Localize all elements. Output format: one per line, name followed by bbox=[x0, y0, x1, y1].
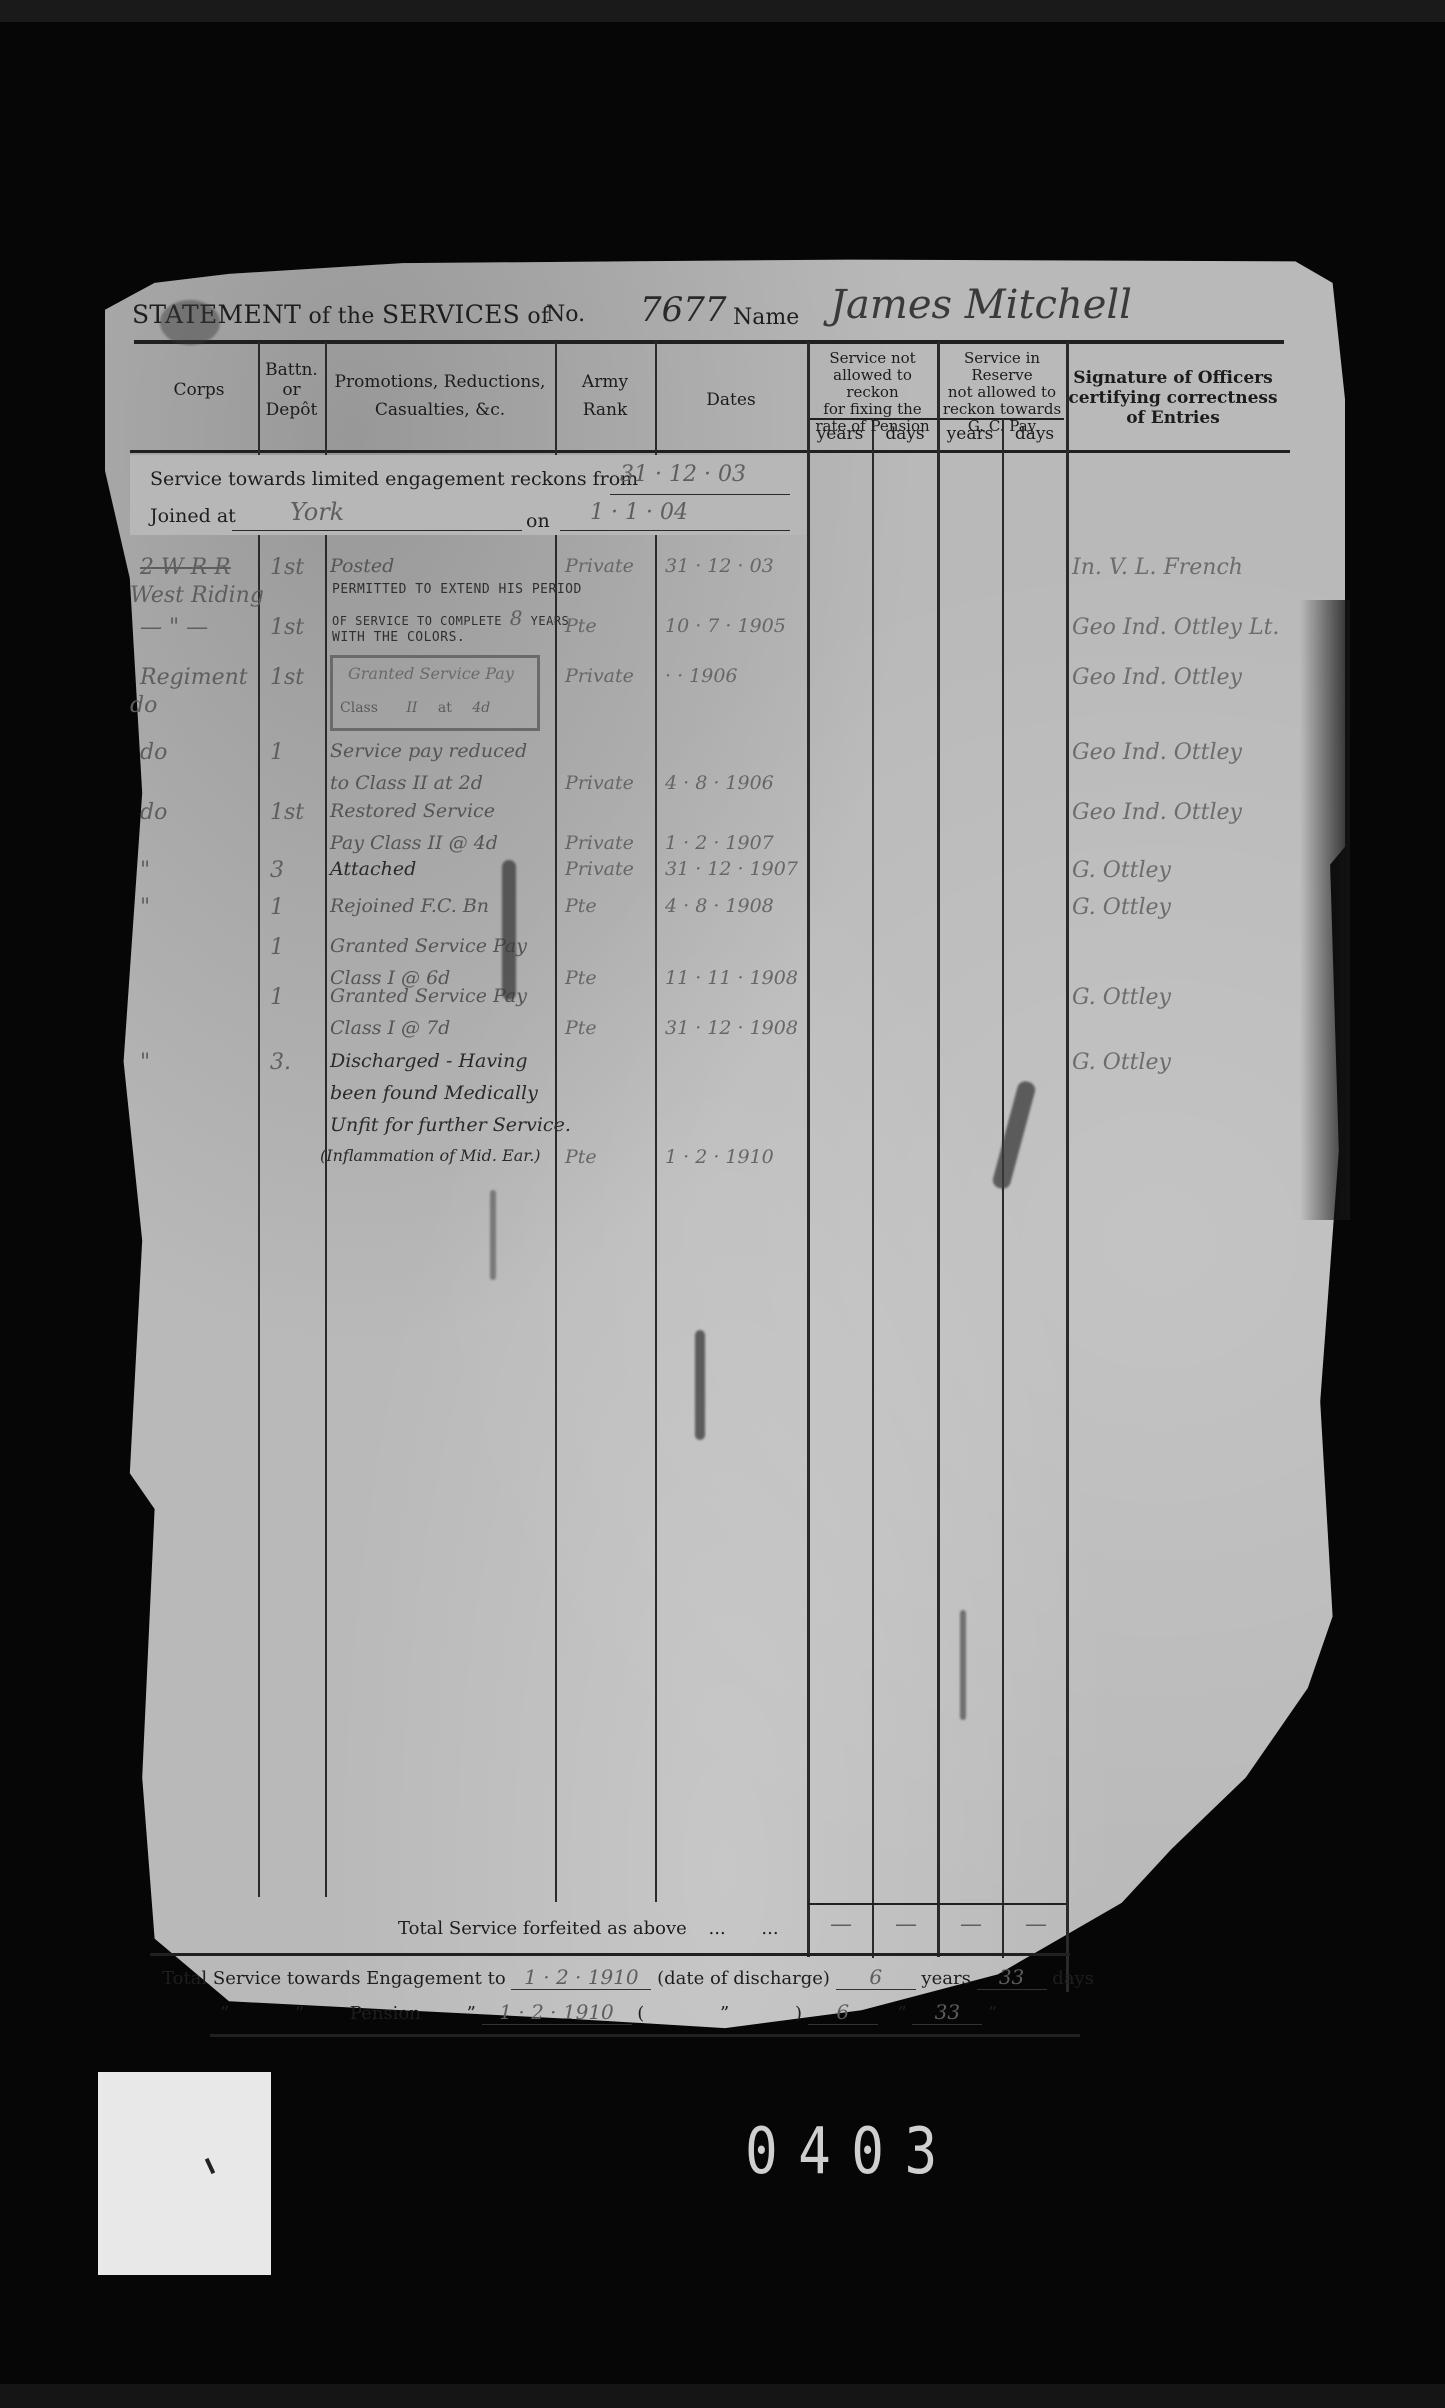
header-signature-l1: Signature of Officers bbox=[1068, 368, 1278, 388]
engagement-row: Total Service towards Engagement to 1 · … bbox=[162, 1965, 1094, 1990]
granted-stamp-title: Granted Service Pay bbox=[348, 664, 514, 683]
col-line-years1 bbox=[872, 418, 874, 1958]
entry-promotion: Service pay reduced bbox=[330, 740, 527, 762]
forfeited-years-1: — bbox=[830, 1912, 852, 1937]
scan-border-top bbox=[0, 0, 1445, 22]
entry-date: 31 · 12 · 1908 bbox=[665, 1017, 798, 1039]
forfeited-years-2: — bbox=[960, 1912, 982, 1937]
engagement-years: 6 bbox=[836, 1965, 916, 1990]
entry-promotion-cont: to Class II at 2d bbox=[330, 772, 483, 794]
entry-signature: In. V. L. French bbox=[1072, 555, 1243, 580]
totals-top-rule bbox=[150, 1953, 1070, 1956]
entry-corps: do bbox=[140, 740, 167, 765]
joined-place: York bbox=[290, 498, 344, 526]
header-battn: Battn. or Depôt bbox=[258, 360, 325, 420]
years-label: years bbox=[921, 1968, 970, 1989]
entry-date: 10 · 7 · 1905 bbox=[665, 615, 786, 637]
header-days-2: days bbox=[1003, 424, 1066, 444]
ink-stain bbox=[160, 300, 220, 345]
granted-class-value: II bbox=[406, 700, 417, 716]
entry-battn: 1 bbox=[270, 740, 284, 765]
engagement-label: Total Service towards Engagement to bbox=[162, 1968, 506, 1989]
header-army-rank: Army Rank bbox=[555, 372, 655, 420]
entry-corps: 2 W R R bbox=[140, 555, 231, 580]
header-battn-l3: Depôt bbox=[258, 400, 325, 420]
entry-promotion-cont: been found Medically bbox=[330, 1082, 538, 1104]
calibration-card bbox=[98, 2072, 271, 2275]
joined-place-underline bbox=[232, 530, 522, 531]
entry-battn: 1 bbox=[270, 985, 284, 1010]
joined-date: 1 · 1 · 04 bbox=[590, 500, 688, 525]
entry-rank: Private bbox=[565, 832, 634, 854]
header-top-rule bbox=[134, 340, 1284, 344]
entry-promotion-cont: Pay Class II @ 4d bbox=[330, 832, 498, 854]
granted-at-value: 4d bbox=[472, 700, 490, 716]
pension-open-paren: ( bbox=[637, 2003, 644, 2024]
header-years-1: years bbox=[808, 424, 872, 444]
soldier-name: James Mitchell bbox=[830, 282, 1132, 328]
header-signature: Signature of Officers certifying correct… bbox=[1068, 368, 1278, 428]
days-label: days bbox=[1052, 1968, 1094, 1989]
entry-date: 31 · 12 · 03 bbox=[665, 555, 774, 577]
discharge-label: (date of discharge) bbox=[657, 1968, 830, 1989]
header-promotions: Promotions, Reductions, Casualties, &c. bbox=[325, 372, 555, 420]
entry-battn: 1st bbox=[270, 800, 304, 825]
forfeited-days-2: — bbox=[1025, 1912, 1047, 1937]
col-line-battn bbox=[325, 342, 327, 1897]
reckons-underline bbox=[610, 494, 790, 495]
header-bottom-rule bbox=[130, 450, 1290, 453]
header-corps: Corps bbox=[140, 380, 258, 400]
header-reserve-not-allowed: Service in Reserve not allowed to reckon… bbox=[938, 350, 1066, 435]
ditto-mark: ” bbox=[467, 2003, 476, 2024]
header-army-rank-l2: Rank bbox=[555, 400, 655, 420]
entry-date: · · 1906 bbox=[665, 665, 738, 687]
entry-corps-cont: West Riding bbox=[130, 583, 264, 608]
entry-promotion: Granted Service Pay bbox=[330, 935, 527, 957]
granted-class-label: Class bbox=[340, 700, 378, 716]
entry-corps: Regiment bbox=[140, 665, 248, 690]
on-label: on bbox=[526, 510, 550, 532]
col-line-dates bbox=[807, 342, 810, 1957]
ditto-mark: ” bbox=[295, 2003, 304, 2024]
entry-battn: 3. bbox=[270, 1050, 291, 1075]
forfeited-days-1: — bbox=[895, 1912, 917, 1937]
entry-promotion: Attached bbox=[330, 858, 416, 880]
col-line-reserve bbox=[1066, 342, 1069, 1992]
entry-promotion: Restored Service bbox=[330, 800, 495, 822]
extend-stamp-line3: WITH THE COLORS. bbox=[332, 630, 465, 645]
scan-border-bottom bbox=[0, 2384, 1445, 2408]
entry-promotion-cont: Class I @ 7d bbox=[330, 1017, 450, 1039]
pension-years: 6 bbox=[808, 2000, 878, 2025]
header-signature-l3: of Entries bbox=[1068, 408, 1278, 428]
entry-rank: Pte bbox=[565, 1017, 597, 1039]
entry-date: 11 · 11 · 1908 bbox=[665, 967, 798, 989]
header-rna-l3: reckon towards bbox=[938, 401, 1066, 418]
entry-battn: 1st bbox=[270, 665, 304, 690]
entry-corps: — " — bbox=[140, 615, 208, 640]
engagement-date: 1 · 2 · 1910 bbox=[511, 1965, 651, 1990]
header-sna-l1: Service not bbox=[808, 350, 937, 367]
entry-rank: Private bbox=[565, 772, 634, 794]
entry-rank: Pte bbox=[565, 895, 597, 917]
joined-date-underline bbox=[560, 530, 790, 531]
ditto-mark: ” bbox=[897, 2003, 906, 2024]
pension-close-paren: ) bbox=[795, 2003, 802, 2024]
col-line-corps bbox=[258, 342, 260, 1897]
granted-stamp-class: Class II at 4d bbox=[340, 700, 490, 716]
entry-promotion: Posted bbox=[330, 555, 394, 577]
title-services: SERVICES bbox=[382, 300, 520, 329]
ink-stain bbox=[960, 1610, 966, 1720]
header-promotions-l1: Promotions, Reductions, bbox=[325, 372, 555, 392]
col-line-pension bbox=[937, 342, 940, 1957]
entry-signature: G. Ottley bbox=[1072, 1050, 1171, 1075]
extend-years-label: YEARS bbox=[531, 614, 570, 628]
entry-date: 1 · 2 · 1907 bbox=[665, 832, 774, 854]
service-number: 7677 bbox=[640, 290, 727, 330]
forfeited-label-text: Total Service forfeited as above bbox=[398, 1918, 687, 1939]
frame-counter: 0403 bbox=[745, 2115, 958, 2189]
ink-stain bbox=[695, 1330, 705, 1440]
ink-stain bbox=[502, 860, 516, 1000]
totals-bottom-rule bbox=[210, 2034, 1080, 2037]
header-days-1: days bbox=[873, 424, 937, 444]
entry-corps: " bbox=[140, 895, 150, 920]
header-promotions-l2: Casualties, &c. bbox=[325, 400, 555, 420]
pension-date: 1 · 2 · 1910 bbox=[482, 2000, 632, 2025]
header-sna-l3: for fixing the bbox=[808, 401, 937, 418]
entry-signature: G. Ottley bbox=[1072, 895, 1171, 920]
entry-promotion: Rejoined F.C. Bn bbox=[330, 895, 489, 917]
header-battn-l1: Battn. bbox=[258, 360, 325, 380]
extend-stamp-line1: PERMITTED TO EXTEND HIS PERIOD bbox=[332, 582, 582, 597]
entry-promotion-cont: (Inflammation of Mid. Ear.) bbox=[320, 1146, 541, 1165]
entry-signature: Geo Ind. Ottley bbox=[1072, 740, 1242, 765]
title-of: of bbox=[520, 304, 549, 329]
entry-corps: " bbox=[140, 858, 150, 883]
granted-at-label: at bbox=[438, 700, 452, 716]
entry-date: 4 · 8 · 1908 bbox=[665, 895, 774, 917]
entry-corps-cont: do bbox=[130, 693, 157, 718]
entry-battn: 1st bbox=[270, 555, 304, 580]
entry-corps: " bbox=[140, 1050, 150, 1075]
ditto-mark: ” bbox=[720, 2003, 729, 2024]
extend-years: 8 bbox=[510, 606, 523, 630]
entry-battn: 1 bbox=[270, 935, 284, 960]
joined-label: Joined at bbox=[150, 505, 236, 527]
entry-date: 1 · 2 · 1910 bbox=[665, 1146, 774, 1168]
header-dates: Dates bbox=[655, 390, 807, 410]
entry-rank: Pte bbox=[565, 1146, 597, 1168]
entry-corps: do bbox=[140, 800, 167, 825]
header-sna-l2: allowed to reckon bbox=[808, 367, 937, 401]
entry-rank: Pte bbox=[565, 615, 597, 637]
pension-label: Pension bbox=[350, 2003, 421, 2024]
entry-promotion-cont: Unfit for further Service. bbox=[330, 1114, 571, 1136]
col-line-rank bbox=[655, 342, 657, 1902]
forfeited-label: Total Service forfeited as above ... ... bbox=[398, 1918, 779, 1939]
entry-rank: Private bbox=[565, 555, 634, 577]
entry-promotion: Granted Service Pay bbox=[330, 985, 527, 1007]
name-label: Name bbox=[733, 305, 799, 330]
header-army-rank-l1: Army bbox=[555, 372, 655, 392]
title-of-the: of the bbox=[301, 304, 382, 329]
extend-stamp-text: OF SERVICE TO COMPLETE bbox=[332, 614, 502, 628]
header-rna-l1: Service in Reserve bbox=[938, 350, 1066, 384]
entry-signature: G. Ottley bbox=[1072, 858, 1171, 883]
entry-signature: Geo Ind. Ottley Lt. bbox=[1072, 615, 1279, 640]
entry-rank: Private bbox=[565, 858, 634, 880]
pension-days: 33 bbox=[912, 2000, 982, 2025]
header-rna-l2: not allowed to bbox=[938, 384, 1066, 401]
reckons-label: Service towards limited engagement recko… bbox=[150, 468, 638, 490]
entry-signature: G. Ottley bbox=[1072, 985, 1171, 1010]
entry-date: 4 · 8 · 1906 bbox=[665, 772, 774, 794]
page-edge-shadow bbox=[1300, 600, 1350, 1220]
entry-signature: Geo Ind. Ottley bbox=[1072, 800, 1242, 825]
forfeited-dots-1: ... bbox=[709, 1918, 726, 1939]
entry-battn: 1 bbox=[270, 895, 284, 920]
header-battn-l2: or bbox=[258, 380, 325, 400]
entry-promotion: Discharged - Having bbox=[330, 1050, 528, 1072]
engagement-days: 33 bbox=[977, 1965, 1047, 1990]
header-years-2: years bbox=[938, 424, 1002, 444]
ditto-mark: ” bbox=[220, 2003, 229, 2024]
pension-row: ” ” Pension ” 1 · 2 · 1910 ( ” ) 6 ” 33 … bbox=[220, 2000, 997, 2025]
ink-stain bbox=[490, 1190, 496, 1280]
entry-battn: 3 bbox=[270, 858, 284, 883]
entry-rank: Private bbox=[565, 665, 634, 687]
extend-stamp-line2: OF SERVICE TO COMPLETE 8 YEARS bbox=[332, 606, 569, 630]
header-signature-l2: certifying correctness bbox=[1068, 388, 1278, 408]
entry-battn: 1st bbox=[270, 615, 304, 640]
header-service-not-allowed: Service not allowed to reckon for fixing… bbox=[808, 350, 937, 435]
forfeited-top-rule bbox=[808, 1903, 1066, 1905]
forfeited-dots-2: ... bbox=[761, 1918, 778, 1939]
ditto-mark: ” bbox=[988, 2003, 997, 2024]
number-label: No. bbox=[546, 302, 585, 327]
reckons-date: 31 · 12 · 03 bbox=[620, 462, 746, 487]
entry-signature: Geo Ind. Ottley bbox=[1072, 665, 1242, 690]
entry-rank: Pte bbox=[565, 967, 597, 989]
entry-date: 31 · 12 · 1907 bbox=[665, 858, 798, 880]
